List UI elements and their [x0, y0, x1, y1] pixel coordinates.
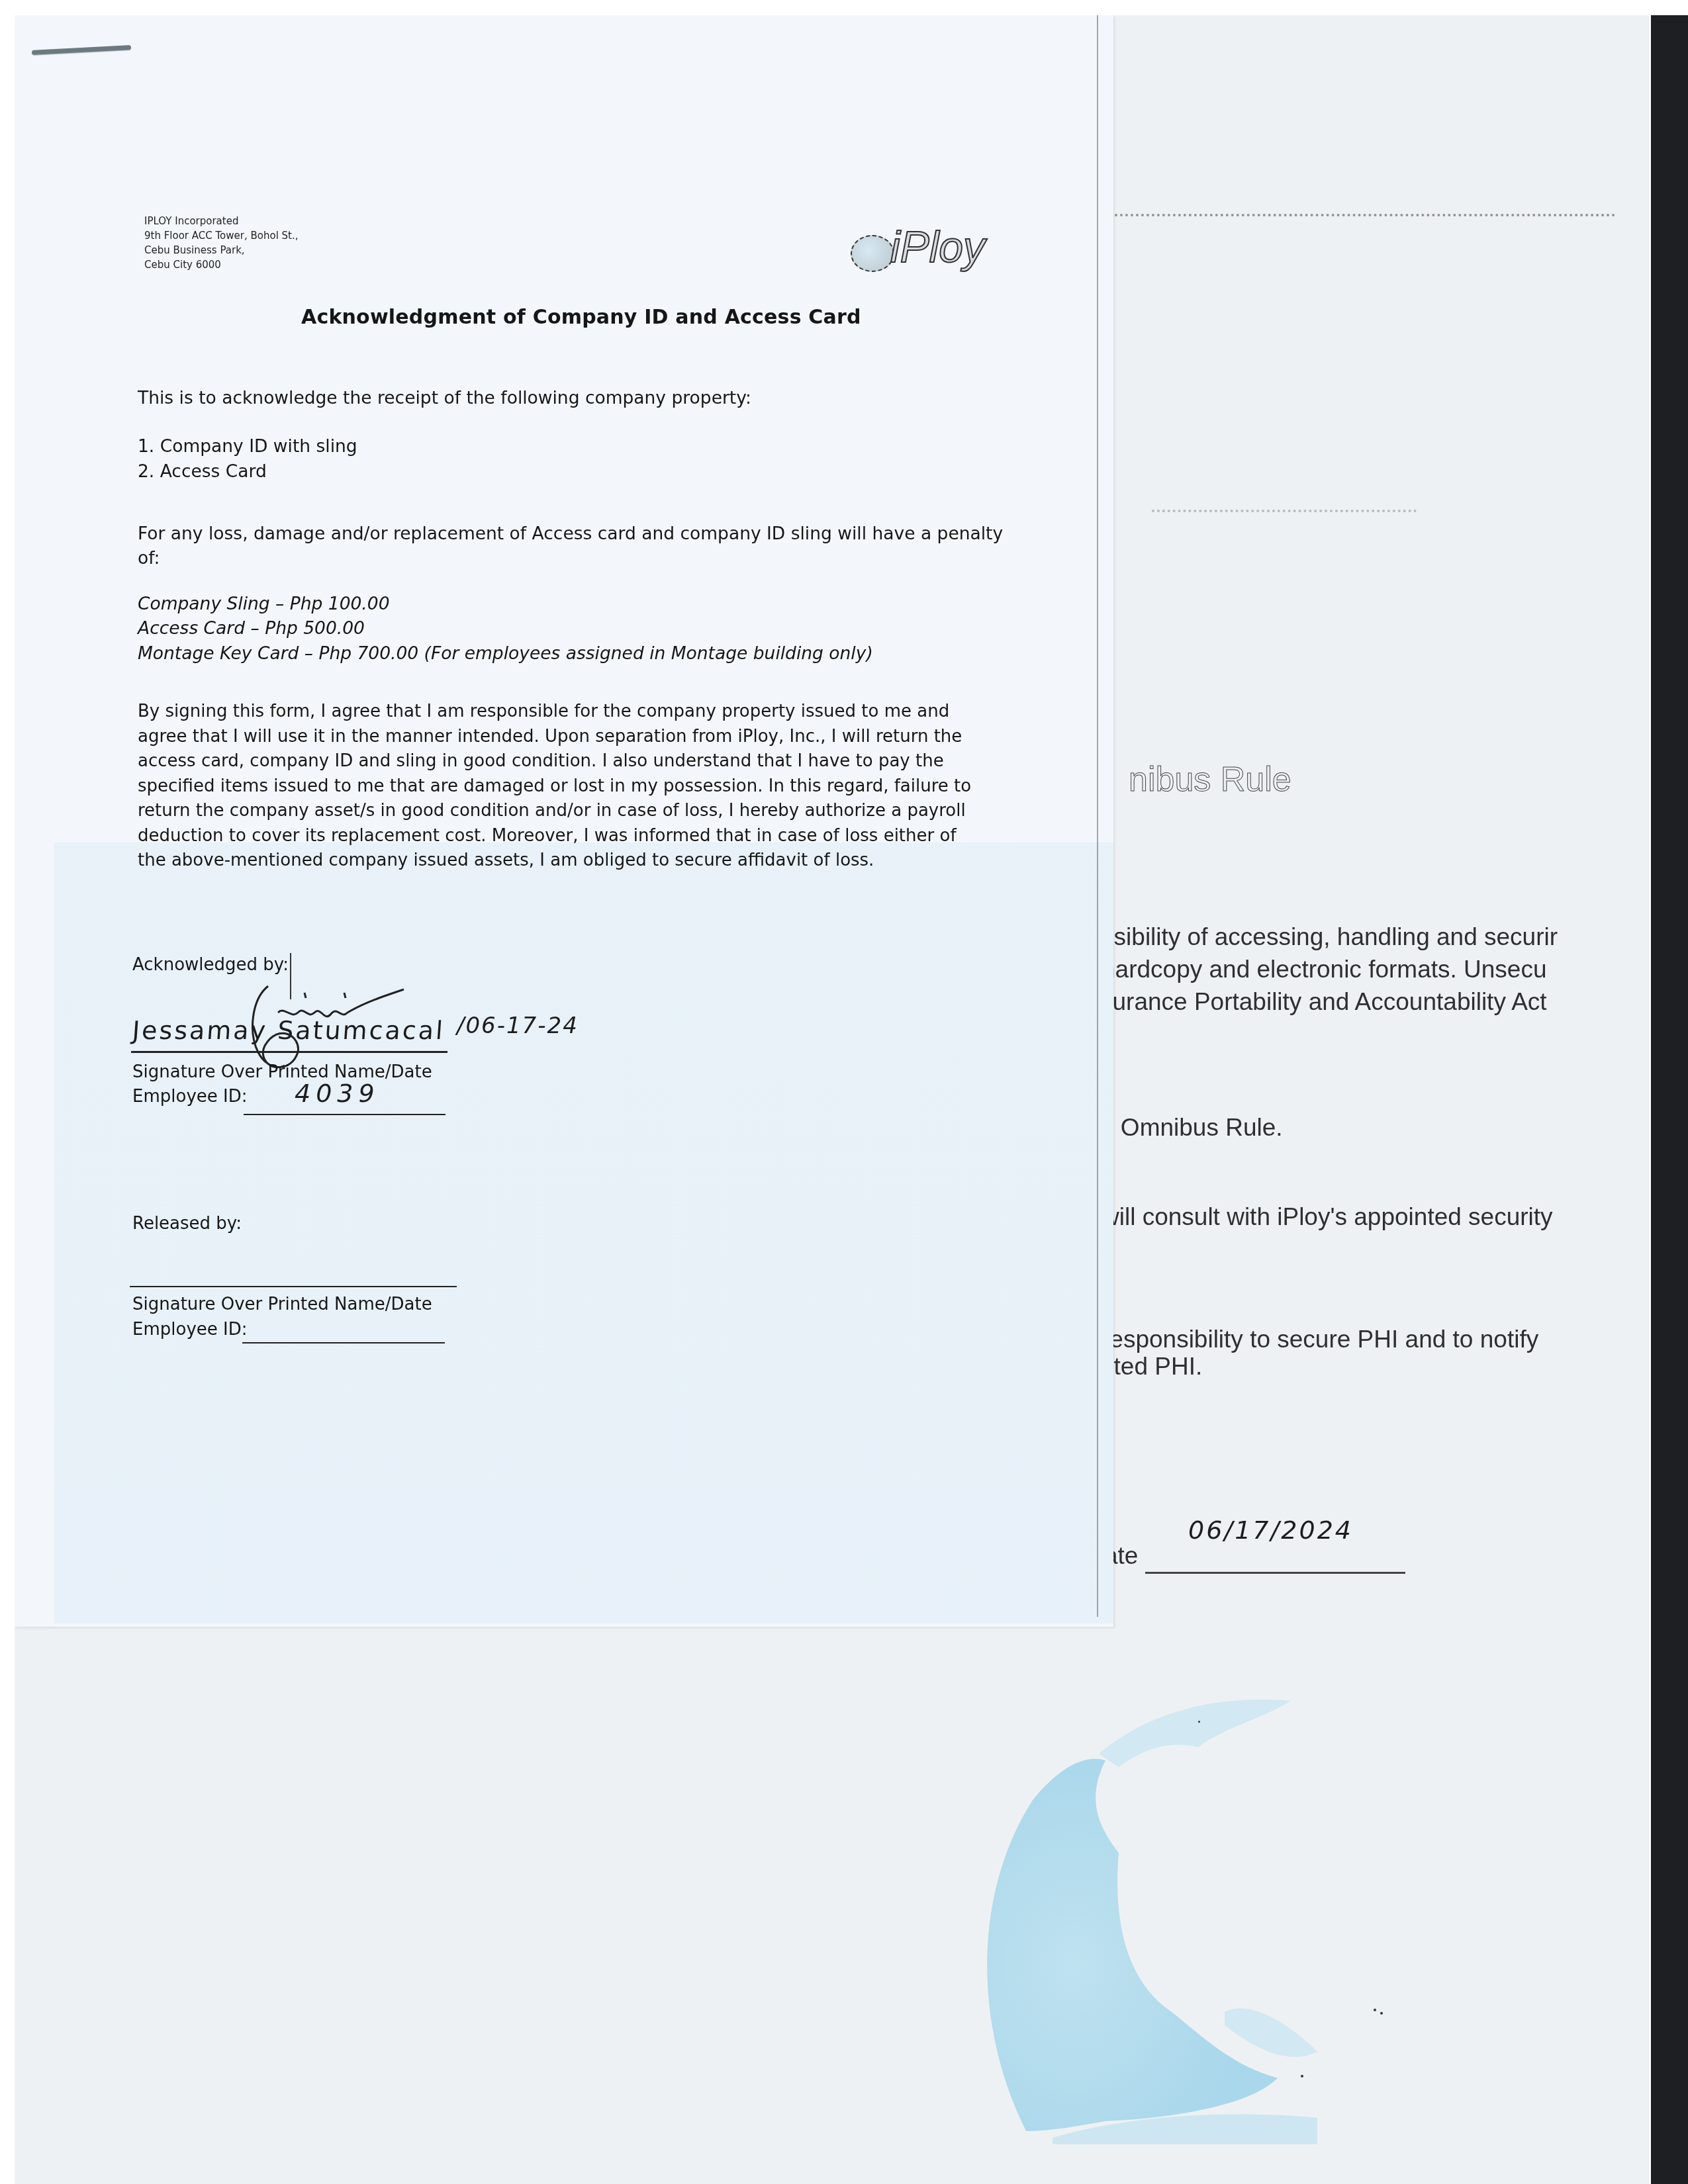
acknowledged-signature-line — [131, 1051, 447, 1053]
logo-globe-icon — [851, 235, 894, 272]
scan-speck — [1198, 1721, 1200, 1723]
acknowledged-date: /06-17-24 — [457, 1013, 579, 1039]
faded-text-row — [1152, 510, 1417, 515]
back-line: nsibility of accessing, handling and sec… — [1100, 923, 1558, 951]
employee-id-label: Employee ID: — [132, 1087, 247, 1107]
agreement-line: By signing this form, I agree that I am … — [138, 700, 971, 725]
back-date-value: 06/17/2024 — [1188, 1516, 1353, 1545]
logo-wordmark: iPloy — [890, 222, 985, 272]
fee-item: Company Sling – Php 100.00 — [138, 591, 390, 617]
agreement-line: agree that I will use it in the manner i… — [138, 725, 971, 750]
agreement-line: specified items issued to me that are da… — [138, 774, 971, 799]
acknowledged-by-label: Acknowledged by: — [132, 955, 289, 975]
released-by-label: Released by: — [132, 1214, 242, 1234]
company-logo: iPloy — [851, 222, 1023, 281]
back-line: will consult with iPloy's appointed secu… — [1102, 1203, 1553, 1231]
company-address: IPLOY Incorporated 9th Floor ACC Tower, … — [144, 214, 299, 272]
fee-item: Montage Key Card – Php 700.00 (For emplo… — [138, 641, 873, 666]
agreement-line: access card, company ID and sling in goo… — [138, 749, 971, 774]
employee-id-line — [242, 1342, 445, 1343]
intro-text: This is to acknowledge the receipt of th… — [138, 385, 751, 411]
faded-header-row — [1099, 214, 1615, 219]
back-line: surance Portability and Accountability A… — [1100, 988, 1547, 1016]
address-line: 9th Floor ACC Tower, Bohol St., — [144, 228, 299, 243]
page-edge-line — [1097, 15, 1098, 1617]
address-line: IPLOY Incorporated — [144, 214, 299, 228]
document-title: Acknowledgment of Company ID and Access … — [301, 306, 861, 329]
scanner-dark-edge — [1651, 15, 1688, 2184]
penalty-intro: For any loss, damage and/or replacement … — [138, 521, 1003, 547]
scan-speck — [1301, 2075, 1303, 2077]
agreement-line: deduction to cover its replacement cost.… — [138, 824, 971, 849]
employee-id-line — [244, 1114, 445, 1115]
property-item: 1. Company ID with sling — [138, 433, 357, 459]
employee-id-label: Employee ID: — [132, 1320, 247, 1340]
back-line: oted PHI. — [1100, 1353, 1202, 1381]
back-line: hardcopy and electronic formats. Unsecu — [1102, 956, 1547, 983]
signature-caption: Signature Over Printed Name/Date — [132, 1295, 432, 1314]
back-date-line — [1145, 1572, 1405, 1574]
back-heading: nibus Rule — [1129, 760, 1291, 799]
fee-item: Access Card – Php 500.00 — [138, 615, 365, 641]
address-line: Cebu City 6000 — [144, 257, 299, 272]
agreement-line: the above-mentioned company issued asset… — [138, 848, 971, 874]
scan-speck — [1374, 2009, 1376, 2011]
released-signature-line — [130, 1286, 457, 1287]
agreement-paragraph: By signing this form, I agree that I am … — [138, 700, 971, 874]
penalty-intro-cont: of: — [138, 545, 160, 571]
back-line: e Omnibus Rule. — [1100, 1114, 1283, 1142]
property-item: 2. Access Card — [138, 459, 267, 484]
employee-id-value: 4039 — [295, 1079, 380, 1108]
scan-speck — [1380, 2012, 1383, 2015]
address-line: Cebu Business Park, — [144, 243, 299, 257]
agreement-line: return the company asset/s in good condi… — [138, 799, 971, 824]
globe-watermark — [947, 1655, 1542, 2144]
signature-caption: Signature Over Printed Name/Date — [132, 1062, 432, 1082]
back-line: responsibility to secure PHI and to noti… — [1102, 1326, 1538, 1353]
